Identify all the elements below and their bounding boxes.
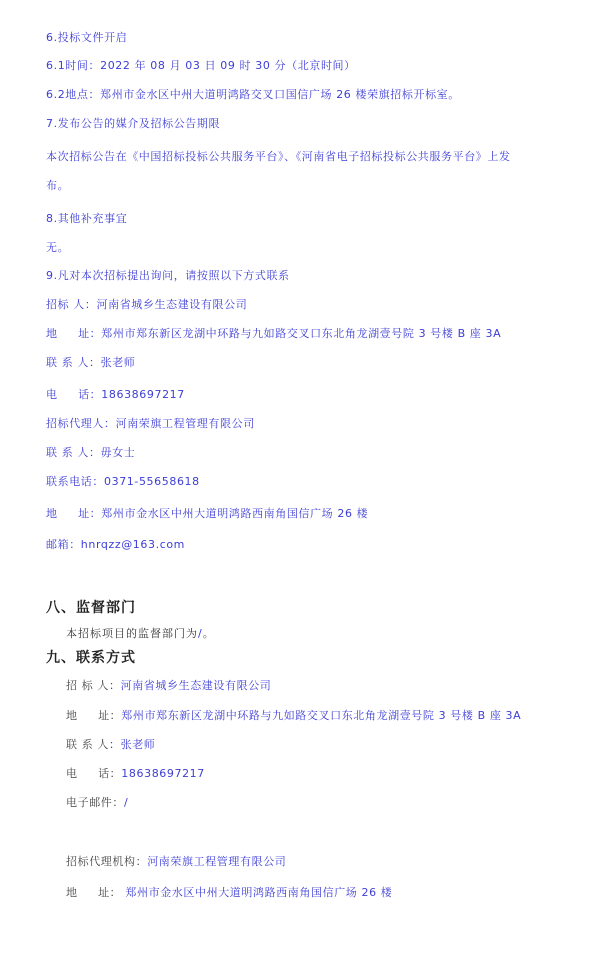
supervision-suffix: 。 <box>203 627 215 640</box>
tenderer-contact: 联 系 人：张老师 <box>46 356 135 370</box>
media-text: 本次招标公告在《中国招标投标公共服务平台》、《河南省电子招标投标公共服务平台》上… <box>46 150 511 164</box>
section-8-heading: 八、监督部门 <box>46 597 136 617</box>
tenderer: 招标 人：河南省城乡生态建设有限公司 <box>46 298 247 312</box>
agent-contact: 联 系 人：毋女士 <box>46 446 135 460</box>
section-9-heading: 九、联系方式 <box>46 647 136 667</box>
opening-location: 6.2地点：郑州市金水区中州大道明鸿路交叉口国信广场 26 楼荣旗招标开标室。 <box>46 88 460 102</box>
contact-tenderer: 招 标 人：河南省城乡生态建设有限公司 <box>66 679 271 693</box>
agency-address: 地 址： 郑州市金水区中州大道明鸿路西南角国信广场 26 楼 <box>66 886 392 900</box>
contact-phone: 电 话：18638697217 <box>66 767 205 781</box>
contact-address: 地 址：郑州市郑东新区龙湖中环路与九如路交叉口东北角龙湖壹号院 3 号楼 B 座… <box>66 709 521 723</box>
section-7-title: 7.发布公告的媒介及招标公告期限 <box>46 117 220 131</box>
contact-email: 电子邮件：/ <box>66 796 128 810</box>
tenderer-address: 地 址：郑州市郑东新区龙湖中环路与九如路交叉口东北角龙湖壹号院 3 号楼 B 座… <box>46 327 501 341</box>
section-9-title: 9.凡对本次招标提出询问，请按照以下方式联系 <box>46 269 290 283</box>
media-text-cont: 布。 <box>46 179 69 193</box>
supervision-text: 本招标项目的监督部门为/。 <box>66 625 215 641</box>
section-6-title: 6.投标文件开启 <box>46 31 127 45</box>
opening-time: 6.1时间：2022 年 08 月 03 日 09 时 30 分（北京时间） <box>46 59 356 73</box>
supervision-prefix: 本招标项目的监督部门为 <box>66 627 198 640</box>
agent: 招标代理人：河南荣旗工程管理有限公司 <box>46 417 255 431</box>
tenderer-phone: 电 话：18638697217 <box>46 388 185 402</box>
section-8-body: 无。 <box>46 241 69 255</box>
agent-phone: 联系电话：0371-55658618 <box>46 475 200 489</box>
contact-person: 联 系 人：张老师 <box>66 738 155 752</box>
agency-name: 招标代理机构：河南荣旗工程管理有限公司 <box>66 855 286 869</box>
agent-email: 邮箱：hnrqzz@163.com <box>46 538 185 552</box>
section-8-title: 8.其他补充事宜 <box>46 212 127 226</box>
agent-address: 地 址：郑州市金水区中州大道明鸿路西南角国信广场 26 楼 <box>46 507 368 521</box>
